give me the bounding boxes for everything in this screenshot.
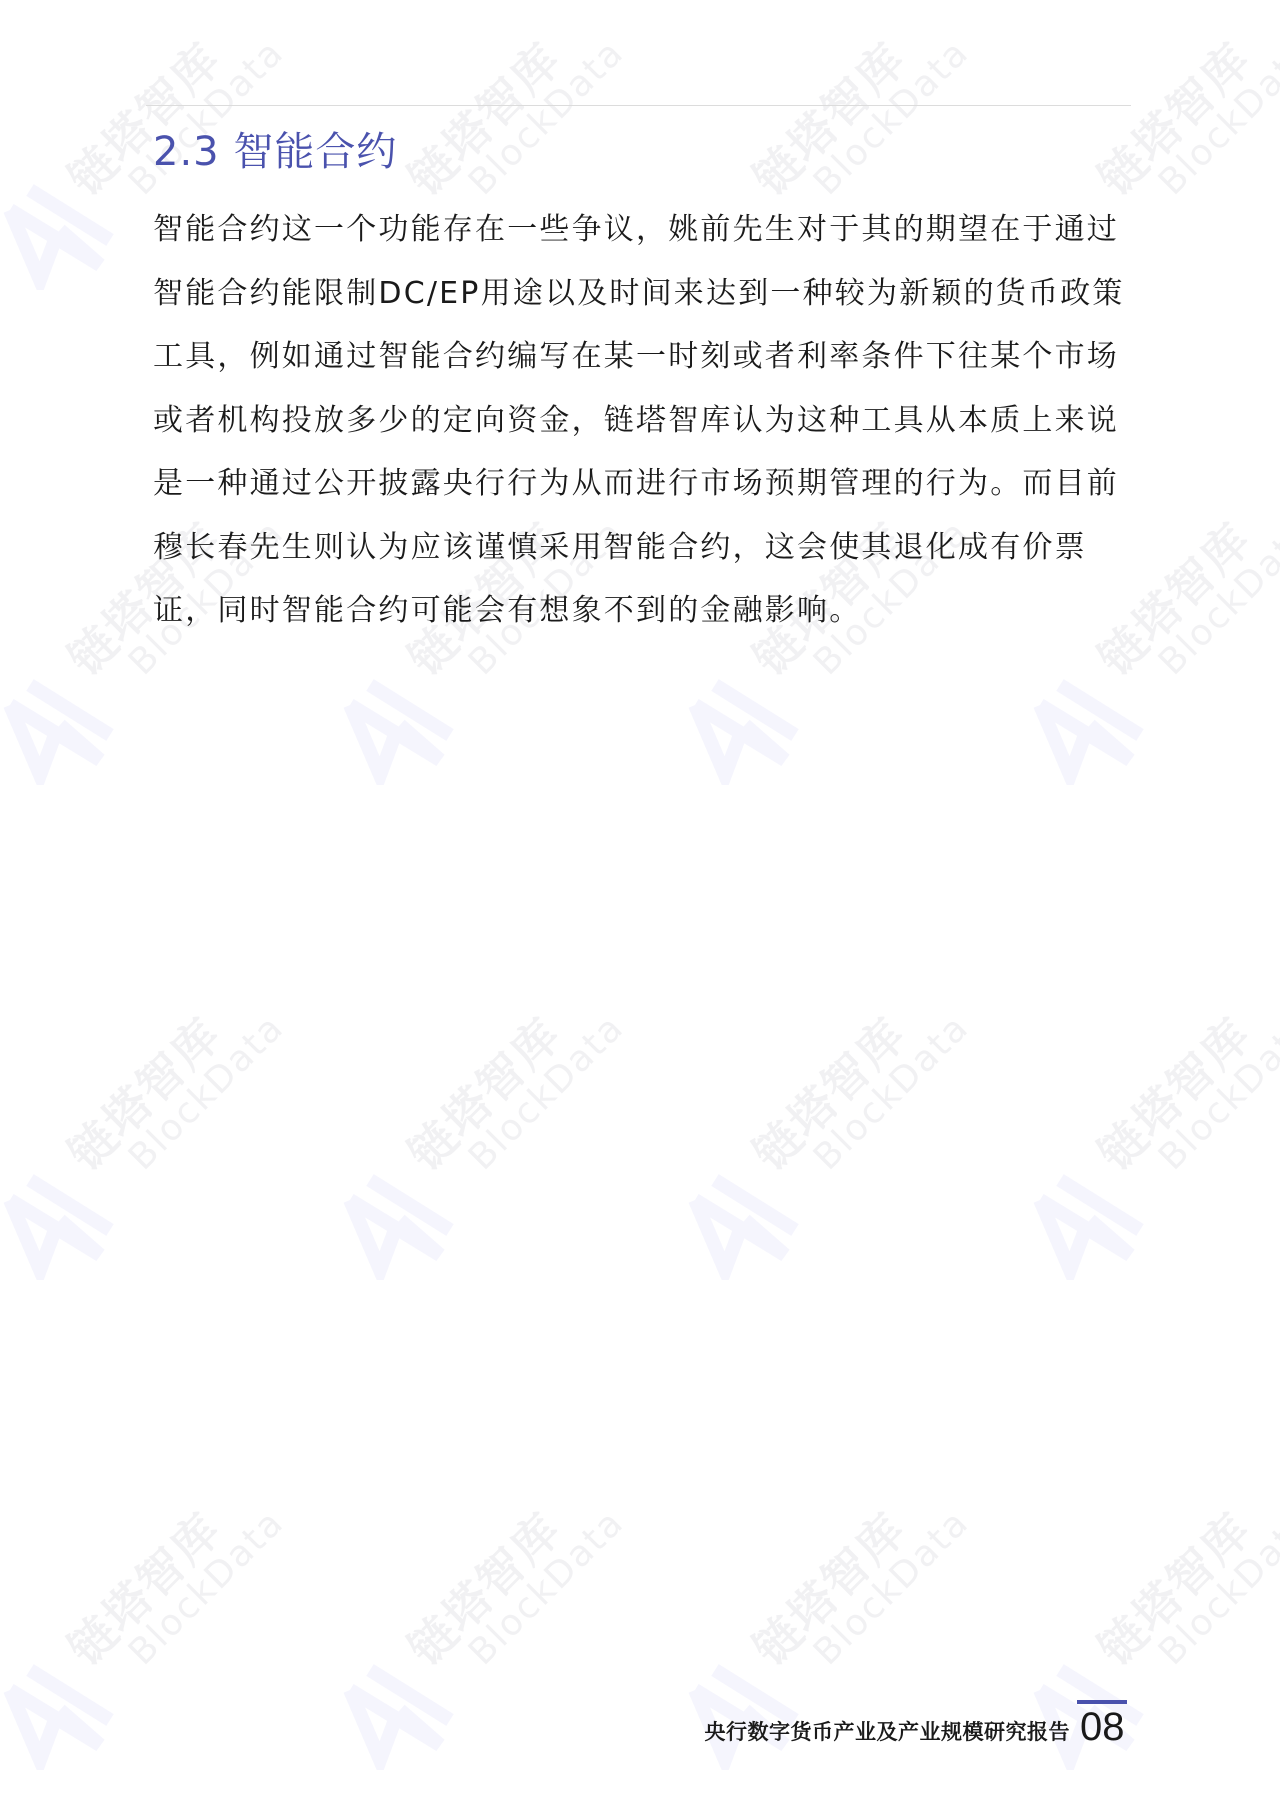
body-paragraph: 智能合约这一个功能存在一些争议，姚前先生对于其的期望在于通过 智能合约能限制DC… [153,198,1153,643]
page-number: 08 [1080,1705,1125,1750]
paragraph-line: 证，同时智能合约可能会有想象不到的金融影响。 [153,579,1153,643]
paragraph-line: 或者机构投放多少的定向资金，链塔智库认为这种工具从本质上来说 [153,389,1153,453]
paragraph-line: 智能合约这一个功能存在一些争议，姚前先生对于其的期望在于通过 [153,198,1153,262]
header-divider [146,105,1131,106]
paragraph-line: 穆长春先生则认为应该谨慎采用智能合约，这会使其退化成有价票 [153,516,1153,580]
document-page: 2.3 智能合约 智能合约这一个功能存在一些争议，姚前先生对于其的期望在于通过 … [0,0,1280,1810]
paragraph-line: 是一种通过公开披露央行行为从而进行市场预期管理的行为。而目前 [153,452,1153,516]
footer-report-title: 央行数字货币产业及产业规模研究报告 [705,1716,1071,1746]
paragraph-line: 工具，例如通过智能合约编写在某一时刻或者利率条件下往某个市场 [153,325,1153,389]
page-number-accent-bar [1077,1700,1127,1704]
section-title: 2.3 智能合约 [153,120,397,177]
paragraph-line: 智能合约能限制DC/EP用途以及时间来达到一种较为新颖的货币政策 [153,262,1153,326]
